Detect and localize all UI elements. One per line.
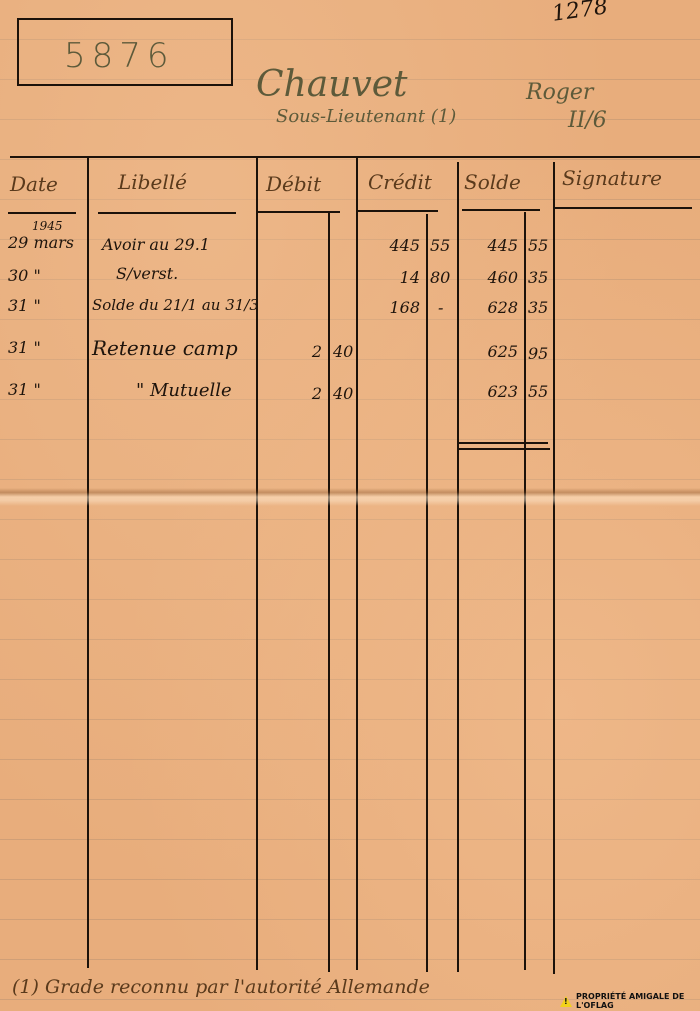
header-underline	[358, 210, 438, 212]
divider-date	[87, 158, 89, 968]
year-label: 1945	[32, 219, 63, 233]
row-5-debit-cents: 40	[333, 384, 353, 403]
id-number: 5876	[64, 36, 175, 76]
column-header-solde: Solde	[464, 170, 521, 194]
header-underline	[256, 211, 340, 213]
divider-debit	[356, 158, 358, 970]
row-1-date: 29 mars	[8, 233, 74, 252]
row-2-label: S/verst.	[116, 264, 178, 283]
first-name: Roger	[526, 80, 593, 105]
column-header-credit: Crédit	[368, 170, 432, 194]
paper-fold	[0, 488, 700, 506]
row-4-balance-cents: 95	[528, 344, 548, 363]
row-3-balance-cents: 35	[528, 298, 548, 317]
row-1-label: Avoir au 29.1	[102, 235, 210, 254]
header-underline	[554, 207, 692, 209]
row-1-balance: 445	[470, 236, 518, 255]
row-4-balance: 625	[470, 342, 518, 361]
row-5-balance: 623	[470, 382, 518, 401]
row-2-credit-cents: 80	[430, 268, 450, 287]
row-2-balance: 460	[470, 268, 518, 287]
divider-solde	[553, 162, 555, 974]
corner-number: 1278	[551, 0, 610, 27]
column-header-debit: Débit	[266, 172, 321, 196]
rank: Sous-Lieutenant (1)	[276, 106, 456, 127]
row-5-label: " Mutuelle	[136, 380, 232, 401]
watermark-text: PROPRIÉTÉ AMIGALE DE L'OFLAG	[576, 992, 700, 1010]
header-underline	[8, 212, 76, 214]
row-1-balance-cents: 55	[528, 236, 548, 255]
header-underline	[98, 212, 236, 214]
row-2-date: 30 "	[8, 266, 41, 285]
row-2-balance-cents: 35	[528, 268, 548, 287]
column-header-signature: Signature	[562, 166, 662, 190]
watermark: PROPRIÉTÉ AMIGALE DE L'OFLAG	[560, 992, 700, 1010]
footnote: (1) Grade reconnu par l'autorité Alleman…	[12, 976, 430, 998]
column-header-date: Date	[10, 172, 58, 196]
row-3-balance: 628	[470, 298, 518, 317]
header-underline	[462, 209, 540, 211]
unit: II/6	[568, 108, 607, 133]
divider-credit	[457, 162, 459, 972]
row-4-date: 31 "	[8, 338, 41, 357]
row-4-debit: 2	[300, 342, 322, 361]
divider-libelle	[256, 158, 258, 970]
divider-solde-cents	[524, 212, 526, 970]
divider-credit-cents	[426, 214, 428, 972]
total-rule	[458, 442, 548, 444]
total-rule	[458, 448, 550, 450]
warning-icon	[560, 996, 572, 1007]
row-3-credit-cents: -	[438, 298, 443, 317]
row-5-date: 31 "	[8, 380, 41, 399]
row-3-credit: 168	[374, 298, 420, 317]
row-4-label: Retenue camp	[92, 336, 238, 360]
row-2-credit: 14	[374, 268, 420, 287]
row-1-credit: 445	[374, 236, 420, 255]
row-5-balance-cents: 55	[528, 382, 548, 401]
divider-debit-cents	[328, 212, 330, 972]
row-4-debit-cents: 40	[333, 342, 353, 361]
row-5-debit: 2	[300, 384, 322, 403]
surname: Chauvet	[256, 64, 408, 105]
row-1-credit-cents: 55	[430, 236, 450, 255]
row-3-date: 31 "	[8, 296, 41, 315]
column-header-libelle: Libellé	[118, 170, 187, 194]
row-3-label: Solde du 21/1 au 31/3	[92, 296, 259, 314]
table-top-rule	[10, 156, 700, 158]
